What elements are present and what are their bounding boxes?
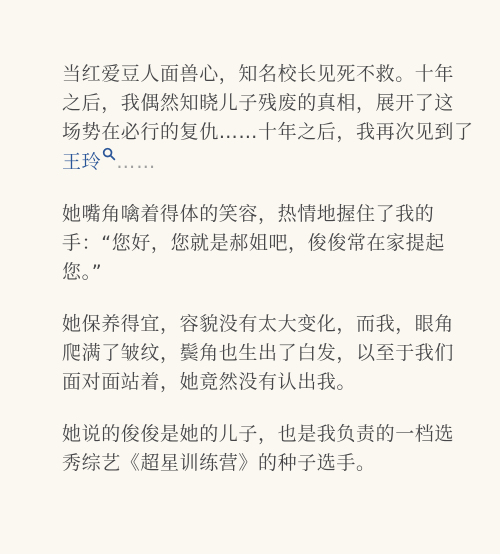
- text-line: 场势在必行的复仇……十年之后，我再次见到了: [62, 118, 444, 147]
- search-icon[interactable]: [102, 147, 116, 161]
- text-line: 她保养得宜，容貌没有太大变化，而我，眼角: [62, 310, 444, 339]
- text-line: 秀综艺《超星训练营》的种子选手。: [62, 449, 444, 478]
- text-line: 当红爱豆人面兽心，知名校长见死不救。十年: [62, 60, 444, 89]
- paragraph-4: 她说的俊俊是她的儿子，也是我负责的一档选 秀综艺《超星训练营》的种子选手。: [62, 420, 444, 478]
- text-line: 王玲……: [62, 147, 444, 177]
- paragraph-3: 她保养得宜，容貌没有太大变化，而我，眼角 爬满了皱纹，鬓角也生出了白发，以至于我…: [62, 310, 444, 397]
- text-line: 之后，我偶然知晓儿子残废的真相，展开了这: [62, 89, 444, 118]
- text-line: 面对面站着，她竟然没有认出我。: [62, 368, 444, 397]
- text-line: 您。”: [62, 258, 444, 287]
- reader-page: 当红爱豆人面兽心，知名校长见死不救。十年 之后，我偶然知晓儿子残废的真相，展开了…: [0, 0, 500, 554]
- text-line: 她说的俊俊是她的儿子，也是我负责的一档选: [62, 420, 444, 449]
- paragraph-1: 当红爱豆人面兽心，知名校长见死不救。十年 之后，我偶然知晓儿子残废的真相，展开了…: [62, 60, 444, 177]
- text-line: 她嘴角噙着得体的笑容，热情地握住了我的: [62, 200, 444, 229]
- trailing-ellipsis: ……: [116, 151, 156, 173]
- character-name-link[interactable]: 王玲: [62, 151, 101, 173]
- paragraph-2: 她嘴角噙着得体的笑容，热情地握住了我的 手：“您好，您就是郝姐吧，俊俊常在家提起…: [62, 200, 444, 287]
- text-line: 手：“您好，您就是郝姐吧，俊俊常在家提起: [62, 229, 444, 258]
- text-line: 爬满了皱纹，鬓角也生出了白发，以至于我们: [62, 339, 444, 368]
